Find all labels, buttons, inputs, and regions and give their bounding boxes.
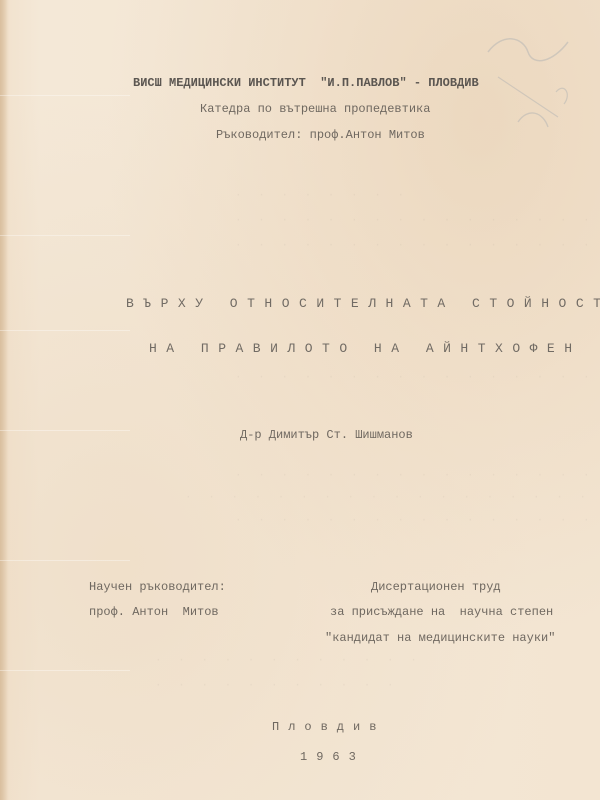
paper-crease [0,670,130,671]
page-edge-shadow [0,0,8,800]
year: 1963 [300,750,365,764]
pencil-annotation-mark [468,22,588,142]
supervisor-name: проф. Антон Митов [89,605,219,619]
paper-crease [0,430,130,431]
bleed-through-texture: · · · · · · · · · · · · · · · · · · · · … [180,492,600,504]
document-page: · · · · · · · · · · · · · · · · · · · · … [0,0,600,800]
city: Пловдив [272,720,385,734]
bleed-through-texture: · · · · · · · · [230,190,404,202]
bleed-through-texture: · · · · · · · · · · · · · · · · · · · [230,240,600,252]
bleed-through-texture: · · · · · · · · · · · · [150,655,417,667]
department-head: Ръководител: проф.Антон Митов [216,128,425,142]
thesis-degree: "кандидат на медицинските науки" [325,631,555,645]
department-name: Катедра по вътрешна пропедевтика [200,102,430,116]
bleed-through-texture: · · · · · · · · · · · · · · · · · [230,372,600,384]
thesis-type: Дисертационен труд [371,580,501,594]
paper-crease [0,560,130,561]
paper-crease [0,330,130,331]
bleed-through-texture: · · · · · · · · · · · · · · · · · · · · [230,515,600,527]
paper-crease [0,95,130,96]
author-name: Д-р Димитър Ст. Шишманов [240,428,413,442]
thesis-title-line-1: ВЪРХУ ОТНОСИТЕЛНАТА СТОЙНОСТ [126,297,600,311]
bleed-through-texture: · · · · · · · · · · · [150,680,394,692]
paper-crease [0,235,130,236]
bleed-through-texture: · · · · · · · · · · · · · · · · · · · · [230,470,600,482]
thesis-title-line-2: НА ПРАВИЛОТО НА АЙНТХОФЕН [149,342,582,356]
supervisor-label: Научен ръководител: [89,580,226,594]
institute-name: ВИСШ МЕДИЦИНСКИ ИНСТИТУТ "И.П.ПАВЛОВ" - … [133,76,479,90]
bleed-through-texture: · · · · · · · · · · · · · · · · [230,215,590,227]
thesis-purpose: за присъждане на научна степен [330,605,553,619]
